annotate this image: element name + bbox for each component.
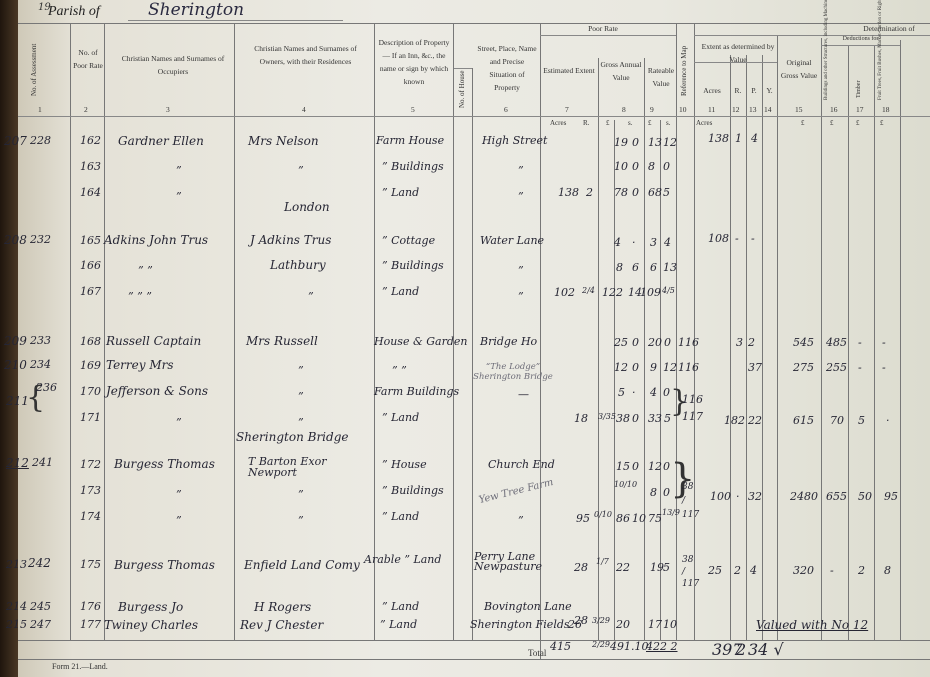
rateable-shillings: 13/9 (662, 508, 680, 517)
owner: ” (298, 364, 304, 377)
extent-group: Extent as determined by Value (698, 40, 778, 66)
rateable-shillings: 10 (663, 618, 677, 631)
street: Sherington Fields (470, 618, 570, 631)
gross-shillings: 0 (632, 136, 639, 149)
street: ” (518, 190, 524, 203)
rateable-shillings: 0 (663, 160, 670, 173)
owner: ” (298, 164, 304, 177)
occupier: Burgess Thomas (114, 457, 215, 471)
rateable-pounds: 9 (650, 361, 657, 374)
map-reference: 116 (678, 336, 699, 349)
old-assessment-no: 233 (30, 334, 51, 347)
gross-pounds: 5 (618, 386, 625, 399)
col-header-owners: Christian Names and Surnames of Owners, … (243, 42, 368, 68)
street: Perry Lane Newpasture (474, 552, 544, 572)
col-header-timber: Timber (856, 81, 862, 98)
rateable-shillings: 0 (663, 460, 670, 473)
gross-pounds: 20 (616, 618, 630, 631)
total-rateable: 422 2 (646, 640, 678, 653)
original-gross-value: 2480 (790, 490, 818, 503)
description: House & Garden (374, 335, 467, 348)
col-num: 13 (749, 105, 757, 114)
extent-p: 2 (748, 336, 755, 349)
description: ” House (382, 458, 427, 471)
description: Arable ” Land (364, 555, 444, 565)
occupier: Burgess Thomas (114, 558, 215, 572)
rateable-pounds: 19 (650, 561, 664, 574)
original-gross-value: 545 (793, 336, 814, 349)
rateable-pounds: 68 (648, 186, 662, 199)
total-extent-r: 2 (736, 640, 746, 659)
extent-roods: 1/7 (596, 557, 609, 566)
owner: Lathbury (270, 258, 326, 272)
assessment-no: 207 (4, 134, 27, 148)
col-num: 12 (732, 105, 740, 114)
col-header-house-no: No. of House (458, 70, 466, 108)
rateable-pounds: 13 (648, 136, 662, 149)
occupier: ” (176, 488, 182, 501)
gross-pounds: 15 (616, 460, 630, 473)
deduction-timber: 5 (858, 414, 865, 427)
extent-acres: 138 (708, 132, 729, 145)
col-rule (472, 68, 473, 640)
poor-rate-no: 164 (80, 186, 101, 199)
unit-pound: £ (648, 119, 652, 127)
map-reference: 116 (682, 393, 703, 406)
rateable-shillings: 0 (663, 486, 670, 499)
rateable-pounds: 12 (648, 460, 662, 473)
description: ” Land (382, 411, 419, 424)
rateable-pounds: 8 (648, 160, 655, 173)
street: ” (518, 514, 524, 527)
valuation-ledger-page: 19 Parish of Sherington No. of Assessmen… (18, 0, 930, 677)
col-num: 5 (411, 105, 415, 114)
gross-shillings: 0 (632, 361, 639, 374)
col-rule (644, 58, 645, 640)
original-gross-value: 615 (793, 414, 814, 427)
col-header-occupiers: Christian Names and Surnames of Occupier… (118, 52, 228, 78)
col-num: 10 (679, 105, 687, 114)
rateable-pounds: 4 (650, 386, 657, 399)
owner: ” (298, 488, 304, 501)
extent-acres: 108 (708, 232, 729, 245)
gross-shillings: 0 (632, 460, 639, 473)
unit-pound: £ (606, 119, 610, 127)
col-num: 1 (38, 105, 42, 114)
description: ” Land (380, 618, 417, 631)
poor-rate-no: 176 (80, 600, 101, 613)
rateable-shillings: 5 (663, 186, 670, 199)
occupier: Gardner Ellen (118, 134, 204, 148)
street: Water Lane (480, 234, 544, 247)
owner: Sherington Bridge (236, 430, 348, 444)
gross-pounds: 10 (614, 160, 628, 173)
extent-roods: 2/4 (582, 286, 595, 295)
extent-p: 22 (748, 414, 762, 427)
house-rule (454, 68, 472, 69)
col-rule (900, 40, 901, 640)
col-header-y: Y. (762, 84, 777, 97)
rateable-shillings: 4 (664, 236, 671, 249)
col-header-street: Street, Place, Name and Precise Situatio… (476, 42, 538, 94)
deductions-group: Deductions for (821, 33, 900, 46)
col-header-description: Description of Property— If an Inn, &c.,… (378, 36, 450, 88)
col-rule (848, 45, 849, 640)
occupier: Twiney Charles (104, 618, 198, 632)
description: ” Land (382, 285, 419, 298)
gross-pounds: 25 (614, 336, 628, 349)
col-num: 2 (84, 105, 88, 114)
extent-r: 3 (736, 336, 743, 349)
gross-pounds: 22 (616, 561, 630, 574)
extent-p: 32 (748, 490, 762, 503)
owner: Rev J Chester (240, 618, 323, 632)
assessment-no: 209 (4, 334, 27, 348)
total-roods: 2/29 (592, 640, 610, 649)
total-gross: 491.10 (610, 640, 649, 653)
rateable-shillings: 13 (663, 261, 677, 274)
occupier: ” ” (138, 264, 153, 277)
col-num: 6 (504, 105, 508, 114)
col-header-gross-value: Gross Annual Value (600, 58, 642, 84)
owner: ” (298, 416, 304, 429)
assessment-no: 208 (4, 233, 27, 247)
gross-pounds: 8 (616, 261, 623, 274)
extent-r: 1 (735, 132, 742, 145)
rateable-shillings: 5 (663, 561, 670, 574)
description: ” Land (382, 510, 419, 523)
rateable-pounds: 33 (648, 412, 662, 425)
old-assessment-no: 241 (32, 456, 53, 469)
col-num: 4 (302, 105, 306, 114)
unit-shilling: s. (628, 119, 632, 127)
unit-acres: Acres (696, 119, 712, 127)
unit-pound: £ (801, 119, 805, 127)
extent-p: 37 (748, 361, 762, 374)
old-assessment-no: 232 (30, 233, 51, 246)
col-rule (821, 38, 822, 640)
extent-acres: 28 (574, 561, 588, 574)
deduction-fruit: 8 (884, 564, 891, 577)
col-header-buildings: Buildings and other Structures, includin… (824, 0, 829, 100)
col-rule (746, 55, 747, 640)
old-assessment-no: 245 (30, 600, 51, 613)
gross-shillings: 6 (632, 261, 639, 274)
poor-rate-no: 167 (80, 285, 101, 298)
col-header-r: R. (730, 84, 746, 97)
header-top-rule (18, 23, 930, 24)
gross-pounds: 10/10 (614, 480, 637, 489)
poor-rate-no: 172 (80, 458, 101, 471)
col-num: 9 (650, 105, 654, 114)
rateable-pounds: 109 (640, 286, 661, 299)
occupier: Adkins John Trus (104, 233, 208, 247)
poor-rate-no: 163 (80, 160, 101, 173)
description: Farm Buildings (374, 385, 459, 398)
unit-pound: £ (856, 119, 860, 127)
street: — (518, 388, 529, 401)
col-num: 17 (856, 105, 864, 114)
col-header-poor-rate-no: No. of Poor Rate (73, 46, 103, 72)
deduction-fruit: - (882, 336, 886, 349)
deduction-timber: - (858, 336, 862, 349)
occupier: ” (176, 164, 182, 177)
owner: Mrs Russell (246, 334, 318, 348)
gross-pounds: 122 (602, 286, 623, 299)
old-assessment-no: 236 (36, 381, 57, 394)
poor-rate-no: 170 (80, 385, 101, 398)
deduction-buildings: 485 (826, 336, 847, 349)
gross-shillings: 0 (632, 186, 639, 199)
owner: ” (308, 290, 314, 303)
street: ” (518, 164, 524, 177)
deduction-buildings: 655 (826, 490, 847, 503)
map-reference: 38 / 117 (682, 480, 696, 522)
occupier: Jefferson & Sons (106, 384, 208, 398)
col-header-acres: Acres (694, 84, 730, 97)
unit-pound: £ (830, 119, 834, 127)
col-num: 18 (882, 105, 890, 114)
deduction-buildings: 70 (830, 414, 844, 427)
gross-shillings: · (632, 236, 636, 249)
col-header-assessment: No. of Assessment (30, 44, 38, 96)
col-rule (598, 58, 599, 640)
rateable-shillings: 0 (663, 386, 670, 399)
gross-pounds: 78 (614, 186, 628, 199)
deduction-buildings: 255 (826, 361, 847, 374)
street: Bovington Lane (484, 600, 572, 613)
extent-acres: 25 (708, 564, 722, 577)
extent-acres: 26 (568, 618, 582, 631)
col-num: 14 (764, 105, 772, 114)
extent-roods: 2 (586, 186, 593, 199)
assessment-no: 213 (6, 558, 27, 571)
unit-r: R. (583, 119, 589, 127)
col-header-rateable-value: Rateable Value (646, 64, 676, 90)
rateable-shillings: 0 (664, 336, 671, 349)
poor-rate-no: 174 (80, 510, 101, 523)
rateable-shillings: 12 (663, 136, 677, 149)
col-header-estimated-extent: Estimated Extent (542, 64, 596, 77)
rateable-shillings: 4/5 (662, 286, 675, 295)
total-acres: 415 (550, 640, 571, 653)
gross-pounds: 12 (614, 361, 628, 374)
street: Church End (488, 458, 555, 471)
gross-pounds: 4 (614, 236, 621, 249)
unit-pound: £ (880, 119, 884, 127)
deduction-fruit: - (882, 361, 886, 374)
street: ” (518, 290, 524, 303)
col-header-map-ref: Reference to Map (680, 46, 688, 96)
owner: Mrs Nelson (248, 134, 319, 148)
description: Farm House (376, 134, 444, 147)
street: ” (518, 264, 524, 277)
deduction-timber: 50 (858, 490, 872, 503)
deduction-fruit: · (886, 414, 890, 427)
col-header-fruit: Fruit Trees, Fruit Bushes, Market-Garden… (878, 0, 883, 100)
poor-rate-rule (540, 35, 676, 36)
extent-roods: 3/29 (592, 616, 610, 625)
owner: ” (298, 514, 304, 527)
original-gross-value: 320 (793, 564, 814, 577)
extent-roods: 0/10 (594, 510, 612, 519)
poor-rate-no: 173 (80, 484, 101, 497)
gross-pounds: 19 (614, 136, 628, 149)
poor-rate-no: 168 (80, 335, 101, 348)
map-reference: 116 (678, 361, 699, 374)
street: Yew Tree Farm (478, 477, 555, 506)
total-extent-p: 34 √ (748, 640, 784, 659)
poor-rate-no: 165 (80, 234, 101, 247)
col-num: 7 (565, 105, 569, 114)
poor-rate-group: Poor Rate (563, 22, 643, 35)
owner: J Adkins Trus (250, 233, 331, 247)
description: ” Land (382, 186, 419, 199)
gross-shillings: 0 (632, 336, 639, 349)
extent-acres: 95 (576, 512, 590, 525)
extent-acres: 138 (558, 186, 579, 199)
street: High Street (482, 134, 547, 147)
header-bottom-rule (18, 116, 930, 117)
extent-r: - (735, 232, 739, 245)
gross-shillings: 0 (632, 412, 639, 425)
old-assessment-no: 228 (30, 134, 51, 147)
form-label: Form 21.—Land. (52, 662, 108, 671)
occupier: ” (176, 514, 182, 527)
total-label: Total (528, 648, 546, 658)
page-bottom-rule (18, 659, 930, 660)
old-assessment-no: 247 (30, 618, 51, 631)
occupier: ” (176, 190, 182, 203)
col-num: 8 (622, 105, 626, 114)
col-header-original-gross: Original Gross Value (778, 56, 820, 82)
unit-acres: Acres (550, 119, 566, 127)
valued-with-note: Valued with No 12 (756, 618, 868, 632)
extent-p: - (751, 232, 755, 245)
original-gross-value: 275 (793, 361, 814, 374)
poor-rate-no: 177 (80, 618, 101, 631)
extent-roods: 3/35 (598, 412, 616, 421)
description: ” Buildings (382, 484, 444, 497)
extent-p: 4 (751, 132, 758, 145)
owner: London (284, 200, 330, 214)
occupier: ” ” ” (128, 290, 152, 303)
rateable-shillings: 12 (663, 361, 677, 374)
rateable-pounds: 6 (650, 261, 657, 274)
gross-shillings: 10 (632, 512, 646, 525)
description: ” ” (392, 364, 407, 377)
deduction-timber: - (858, 361, 862, 374)
col-num: 11 (708, 105, 715, 114)
extent-acres: 100 (710, 490, 731, 503)
rateable-pounds: 8 (650, 486, 657, 499)
col-rule (730, 55, 731, 640)
occupier: Russell Captain (106, 334, 201, 348)
assessment-no: 215 (6, 618, 27, 631)
gross-shillings: 0 (632, 160, 639, 173)
deduction-timber: 2 (858, 564, 865, 577)
street: Bridge Ho (480, 335, 537, 348)
rateable-pounds: 17 (648, 618, 662, 631)
extent-acres: 102 (554, 286, 575, 299)
extent-acres: 18 (574, 412, 588, 425)
old-assessment-no: 234 (30, 358, 51, 371)
col-rule (762, 55, 763, 640)
description: ” Cottage (382, 234, 435, 247)
map-reference: 117 (682, 410, 703, 423)
assessment-no: 212 (6, 456, 29, 470)
occupier: Burgess Jo (118, 600, 183, 614)
rateable-pounds: 3 (650, 236, 657, 249)
gross-shillings: · (632, 386, 636, 399)
total-rule (18, 640, 930, 641)
street: “The Lodge” Sherington Bridge (463, 362, 563, 382)
owner: Enfield Land Comy (244, 558, 360, 572)
owner: ” (298, 390, 304, 403)
description: ” Buildings (382, 259, 444, 272)
assessment-no: 210 (4, 358, 27, 372)
rateable-pounds: 75 (648, 512, 662, 525)
extent-r: 2 (734, 564, 741, 577)
description: ” Land (382, 600, 419, 613)
map-reference: 38 / 117 (682, 554, 696, 590)
owner: T Barton Exor Newport (248, 456, 358, 478)
gross-pounds: 38 (616, 412, 630, 425)
deduction-buildings: - (830, 564, 834, 577)
description: ” Buildings (382, 160, 444, 173)
extent-p: 4 (750, 564, 757, 577)
poor-rate-no: 162 (80, 134, 101, 147)
occupier: ” (176, 416, 182, 429)
extent-r: 2 (738, 414, 745, 427)
poor-rate-no: 171 (80, 411, 101, 424)
parish-name: Sherington (148, 0, 244, 20)
unit-shilling: s. (666, 119, 670, 127)
col-header-p: P. (746, 84, 762, 97)
col-rule (777, 35, 778, 640)
parish-underline (128, 20, 343, 21)
poor-rate-no: 166 (80, 259, 101, 272)
col-num: 15 (795, 105, 803, 114)
extent-r: · (736, 490, 740, 503)
extent-acres: 18 (724, 414, 738, 427)
assessment-no: 214 (6, 600, 27, 613)
rateable-pounds: 20 (648, 336, 662, 349)
parish-label: Parish of (48, 4, 100, 19)
col-rule (874, 45, 875, 640)
col-num: 3 (166, 105, 170, 114)
owner: H Rogers (254, 600, 311, 614)
gross-pounds: 86 (616, 512, 630, 525)
deduction-fruit: 95 (884, 490, 898, 503)
parish-heading: 19 Parish of Sherington (48, 4, 100, 20)
rateable-shillings: 5 (664, 412, 671, 425)
occupier: Terrey Mrs (106, 358, 174, 372)
col-num: 16 (830, 105, 838, 114)
old-assessment-no: 242 (28, 556, 51, 570)
poor-rate-no: 169 (80, 359, 101, 372)
page-number: 19 (38, 2, 51, 13)
poor-rate-no: 175 (80, 558, 101, 571)
